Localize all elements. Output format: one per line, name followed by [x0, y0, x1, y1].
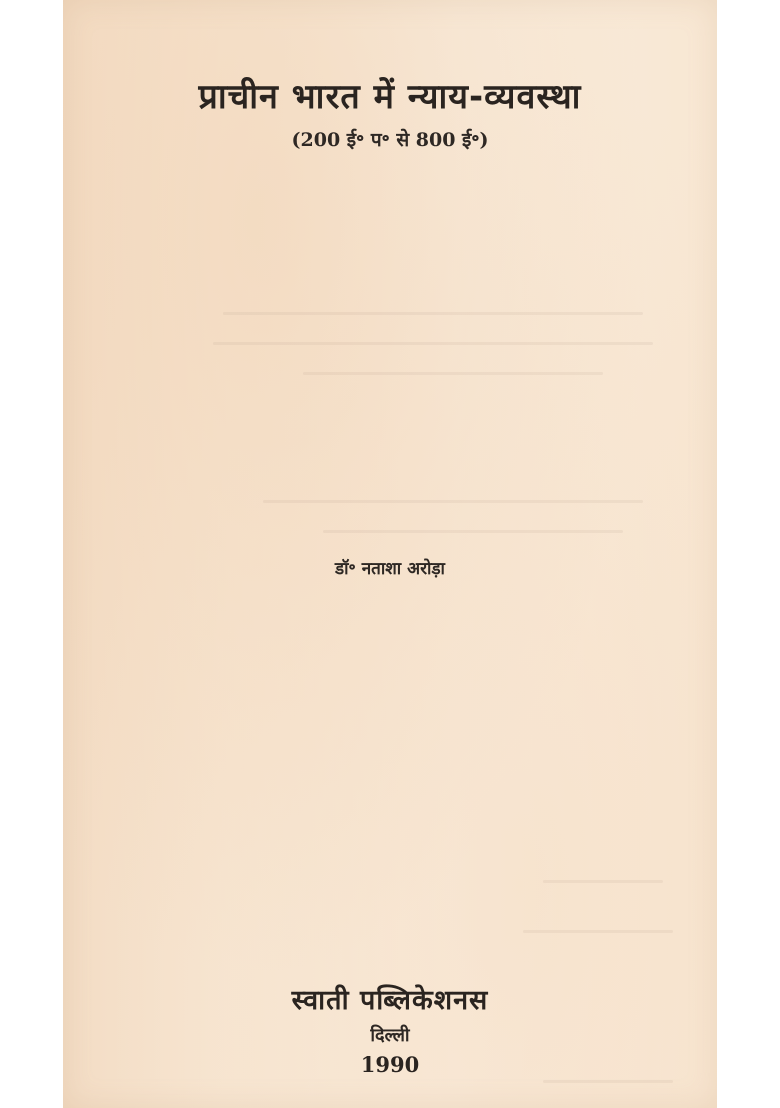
publication-year: 1990: [0, 1052, 780, 1077]
author-name: डॉ॰ नताशा अरोड़ा: [0, 556, 780, 579]
bleed-through-line: [523, 930, 673, 933]
book-subtitle-period: (200 ई॰ प॰ से 800 ई॰): [0, 126, 780, 152]
bleed-through-line: [213, 342, 653, 345]
publication-city: दिल्ली: [0, 1023, 780, 1047]
bleed-through-line: [223, 312, 643, 315]
bleed-through-line: [303, 372, 603, 375]
publisher-name: स्वाती पब्लिकेशनस: [0, 980, 780, 1017]
book-title: प्राचीन भारत में न्याय-व्यवस्था: [0, 72, 780, 118]
bleed-through-line: [263, 500, 643, 503]
bleed-through-line: [543, 1080, 673, 1083]
bleed-through-line: [323, 530, 623, 533]
bleed-through-line: [543, 880, 663, 883]
title-page: [63, 0, 717, 1108]
